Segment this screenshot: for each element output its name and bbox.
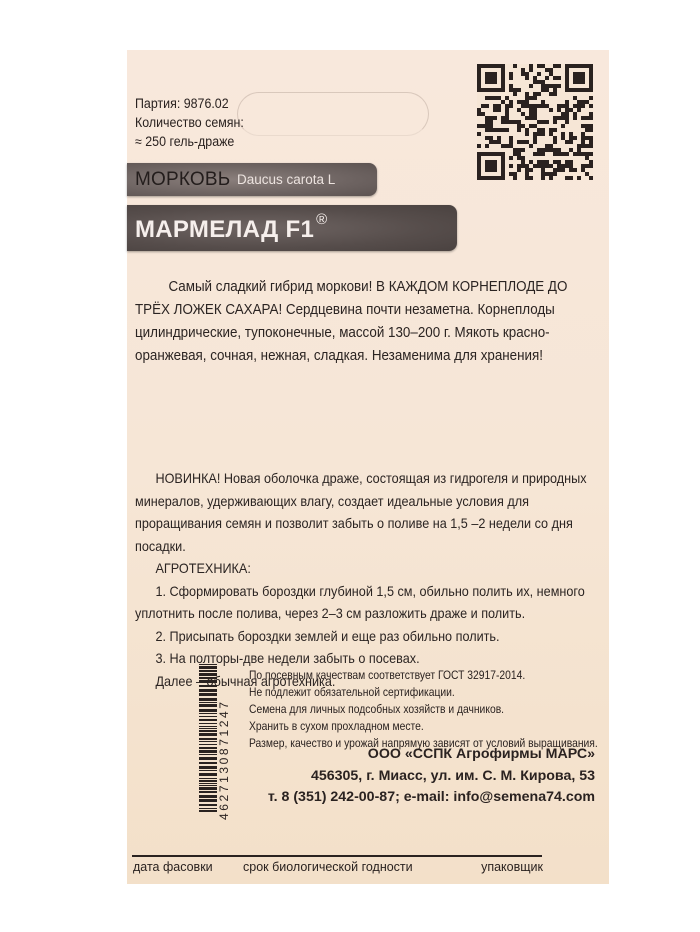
- seed-count-value: ≈ 250 гель-драже: [135, 132, 244, 151]
- variety-band: МАРМЕЛАД F1®: [127, 205, 457, 251]
- shelf-life-label: срок биологической годности: [243, 860, 465, 874]
- footer-labels: дата фасовки срок биологической годности…: [133, 860, 543, 874]
- agrotech-step: 2. Присыпать бороздки землей и еще раз о…: [135, 626, 607, 649]
- registered-mark-icon: ®: [316, 211, 327, 228]
- agrotech-section: НОВИНКА! Новая оболочка драже, состоящая…: [135, 468, 607, 693]
- batch-info: Партия: 9876.02 Количество семян: ≈ 250 …: [135, 94, 244, 151]
- novelty-paragraph: НОВИНКА! Новая оболочка драже, состоящая…: [135, 468, 607, 558]
- packing-date-label: дата фасовки: [133, 860, 243, 874]
- species-name: МОРКОВЬ: [135, 169, 230, 191]
- seed-packet-back: Партия: 9876.02 Количество семян: ≈ 250 …: [127, 50, 609, 884]
- lot-number: Партия: 9876.02: [135, 94, 244, 113]
- qr-code-icon[interactable]: [477, 64, 593, 180]
- packer-label: упаковщик: [465, 860, 543, 874]
- footer-divider: [132, 855, 542, 857]
- species-latin-name: Daucus carota L: [237, 172, 335, 187]
- barcode-icon: 4627130871247: [197, 662, 231, 822]
- company-info: ООО «ССПК Агрофирмы МАРС» 456305, г. Миа…: [268, 744, 595, 809]
- fine-print: По посевным качествам соответствует ГОСТ…: [249, 667, 610, 752]
- company-name: ООО «ССПК Агрофирмы МАРС»: [268, 744, 595, 766]
- svg-text:4627130871247: 4627130871247: [217, 699, 231, 820]
- company-contacts: т. 8 (351) 242-00-87; e-mail: info@semen…: [268, 787, 595, 809]
- species-band: МОРКОВЬ Daucus carota L: [127, 163, 377, 196]
- hang-hole-outline: [237, 92, 429, 136]
- company-address: 456305, г. Миасс, ул. им. С. М. Кирова, …: [268, 766, 595, 788]
- agrotech-heading: АГРОТЕХНИКА:: [135, 558, 607, 581]
- variety-description: Самый сладкий гибрид моркови! В КАЖДОМ К…: [135, 276, 600, 368]
- variety-name: МАРМЕЛАД F1®: [135, 215, 328, 244]
- agrotech-step: 1. Сформировать бороздки глубиной 1,5 см…: [135, 581, 607, 626]
- seed-count-label: Количество семян:: [135, 113, 244, 132]
